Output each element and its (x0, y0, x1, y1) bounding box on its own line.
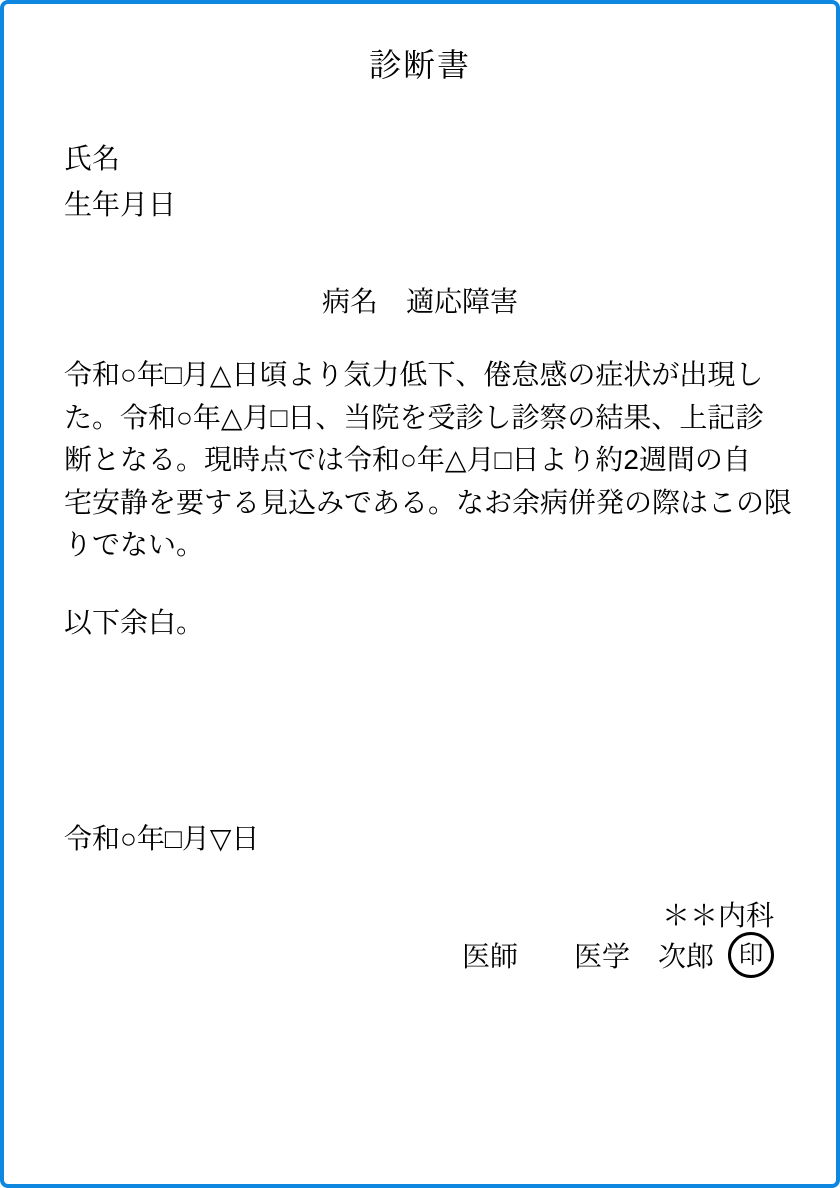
document-title: 診断書 (4, 40, 836, 86)
patient-birthdate-label: 生年月日 (64, 183, 176, 223)
certificate-body-text: 令和○年□月△日頃より気力低下、倦怠感の症状が出現し た。令和○年△月□日、当院… (64, 354, 790, 567)
body-text-line: りでない。 (64, 524, 790, 567)
patient-name-label: 氏名 (64, 137, 120, 177)
body-text-line: 断となる。現時点では令和○年△月□日より約2週間の自 (64, 439, 790, 482)
body-text-line: 令和○年□月△日頃より気力低下、倦怠感の症状が出現し (64, 354, 790, 397)
certificate-page: 診断書 氏名 生年月日 病名 適応障害 令和○年□月△日頃より気力低下、倦怠感の… (0, 0, 840, 1188)
doctor-signature-row: 医師 医学 次郎 印 (462, 932, 774, 978)
remainder-blank-note: 以下余白。 (64, 601, 204, 641)
body-text-line: た。令和○年△月□日、当院を受診し診察の結果、上記診 (64, 397, 790, 440)
issue-date: 令和○年□月▽日 (64, 817, 259, 857)
seal-stamp-icon: 印 (728, 932, 774, 978)
diagnosis-name-line: 病名 適応障害 (4, 280, 836, 320)
doctor-name-line: 医師 医学 次郎 (462, 935, 714, 975)
body-text-line: 宅安静を要する見込みである。なお余病併発の際はこの限 (64, 482, 790, 525)
clinic-name: ＊＊内科 (662, 894, 774, 934)
